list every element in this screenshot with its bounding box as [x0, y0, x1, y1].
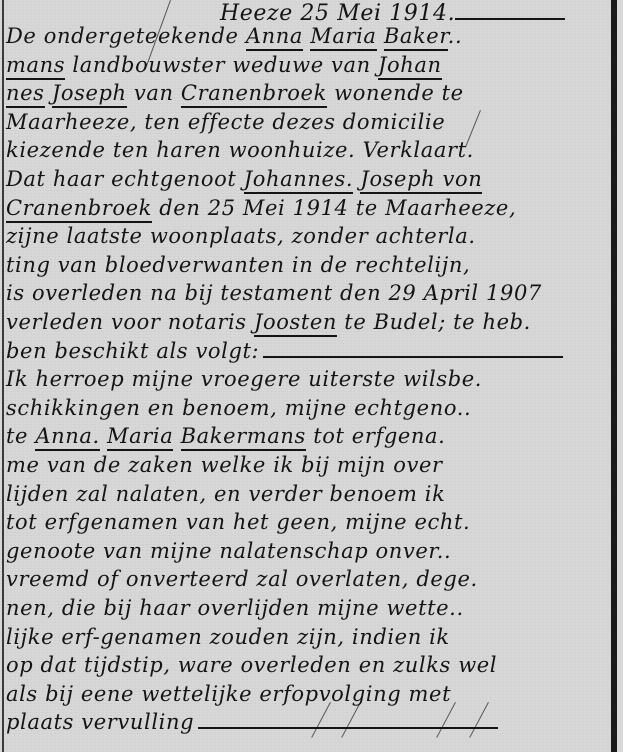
line-text: nen, die bij haar overlijden mijne wette…: [6, 596, 464, 620]
page-right-edge: [611, 0, 617, 752]
underlined-name: Anna: [246, 24, 303, 51]
line-text: is overleden na bij testament den 29 Apr…: [6, 281, 542, 305]
text-line: lijden zal nalaten, en verder benoem ik: [6, 480, 609, 508]
underlined-name: Anna.: [35, 424, 99, 451]
line-text: ting van bloedverwanten in de rechtelijn…: [6, 253, 470, 277]
underlined-name: Maria: [310, 24, 376, 51]
line-text: Maarheeze, ten effecte dezes domicilie: [6, 110, 445, 134]
text-line: als bij eene wettelijke erfopvolging met: [6, 680, 609, 708]
underlined-name: Joseph von: [360, 167, 482, 194]
text-line: De ondergeteekende Anna Maria Baker..: [6, 22, 609, 50]
text-line: Ik herroep mijne vroegere uiterste wilsb…: [6, 365, 609, 393]
underlined-name: Cranenbroek: [181, 81, 327, 108]
line-fill-rule: [263, 356, 563, 358]
line-text: [173, 424, 180, 448]
text-line: is overleden na bij testament den 29 Apr…: [6, 279, 609, 307]
text-line: verleden voor notaris Joosten te Budel; …: [6, 308, 609, 336]
line-text: vreemd of onverteerd zal overlaten, dege…: [6, 567, 478, 591]
text-line: ben beschikt als volgt:: [6, 337, 609, 365]
line-text: ben beschikt als volgt:: [6, 339, 259, 363]
line-text: schikkingen en benoem, mijne echtgeno..: [6, 396, 471, 420]
text-line: Dat haar echtgenoot Johannes. Joseph von: [6, 165, 609, 193]
underlined-name: Cranenbroek: [6, 196, 152, 223]
text-line: te Anna. Maria Bakermans tot erfgena.: [6, 422, 609, 450]
text-line: me van de zaken welke ik bij mijn over: [6, 451, 609, 479]
line-text: [100, 424, 107, 448]
line-text: lijke erf-genamen zouden zijn, indien ik: [6, 625, 450, 649]
line-text: De ondergeteekende: [6, 24, 246, 48]
text-line: lijke erf-genamen zouden zijn, indien ik: [6, 623, 609, 651]
line-text: zijne laatste woonplaats, zonder achterl…: [6, 224, 476, 248]
text-line: genoote van mijne nalatenschap onver..: [6, 537, 609, 565]
text-line: vreemd of onverteerd zal overlaten, dege…: [6, 565, 609, 593]
line-text: me van de zaken welke ik bij mijn over: [6, 453, 443, 477]
line-text: van: [127, 81, 181, 105]
line-text: te: [6, 424, 35, 448]
left-margin-line: [2, 0, 4, 752]
line-text: kiezende ten haren woonhuize. Verklaart.: [6, 138, 474, 162]
underlined-name: Bakermans: [181, 424, 306, 451]
line-text: genoote van mijne nalatenschap onver..: [6, 539, 451, 563]
text-line: nen, die bij haar overlijden mijne wette…: [6, 594, 609, 622]
line-text: den 25 Mei 1914 te Maarheeze,: [152, 196, 516, 220]
line-fill-rule: [198, 727, 498, 729]
text-line: tot erfgenamen van het geen, mijne echt.: [6, 508, 609, 536]
text-line: Maarheeze, ten effecte dezes domicilie: [6, 108, 609, 136]
heading-fill-rule: [455, 18, 565, 20]
line-text: lijden zal nalaten, en verder benoem ik: [6, 482, 445, 506]
line-text: tot erfgenamen van het geen, mijne echt.: [6, 510, 470, 534]
text-line: plaats vervulling: [6, 708, 609, 736]
line-text: te Budel; te heb.: [337, 310, 531, 334]
text-line: zijne laatste woonplaats, zonder achterl…: [6, 222, 609, 250]
underlined-name: Baker: [384, 24, 448, 51]
underlined-name: Johannes.: [244, 167, 353, 194]
text-line: mans landbouwster weduwe van Johan: [6, 51, 609, 79]
line-text: Ik herroep mijne vroegere uiterste wilsb…: [6, 367, 482, 391]
line-text: [45, 81, 52, 105]
line-text: tot erfgena.: [306, 424, 446, 448]
line-text: landbouwster weduwe van: [65, 53, 378, 77]
line-text: wonende te: [327, 81, 464, 105]
underlined-name: mans: [6, 53, 65, 80]
line-text: op dat tijdstip, ware overleden en zulks…: [6, 653, 497, 677]
text-line: schikkingen en benoem, mijne echtgeno..: [6, 394, 609, 422]
text-line: nes Joseph van Cranenbroek wonende te: [6, 79, 609, 107]
underlined-name: Maria: [107, 424, 173, 451]
line-text: als bij eene wettelijke erfopvolging met: [6, 682, 451, 706]
text-line: op dat tijdstip, ware overleden en zulks…: [6, 651, 609, 679]
text-line: kiezende ten haren woonhuize. Verklaart.: [6, 136, 609, 164]
line-text: Dat haar echtgenoot: [6, 167, 244, 191]
underlined-name: nes: [6, 81, 45, 108]
text-line: Cranenbroek den 25 Mei 1914 te Maarheeze…: [6, 194, 609, 222]
line-text: [377, 24, 384, 48]
underlined-name: Johan: [378, 53, 442, 80]
underlined-name: Joseph: [52, 81, 127, 108]
line-text: ..: [448, 24, 463, 48]
line-text: verleden voor notaris: [6, 310, 254, 334]
underlined-name: Joosten: [254, 310, 337, 337]
line-text: plaats vervulling: [6, 710, 194, 734]
document-page: Heeze 25 Mei 1914. De ondergeteekende An…: [0, 0, 617, 752]
text-line: ting van bloedverwanten in de rechtelijn…: [6, 251, 609, 279]
